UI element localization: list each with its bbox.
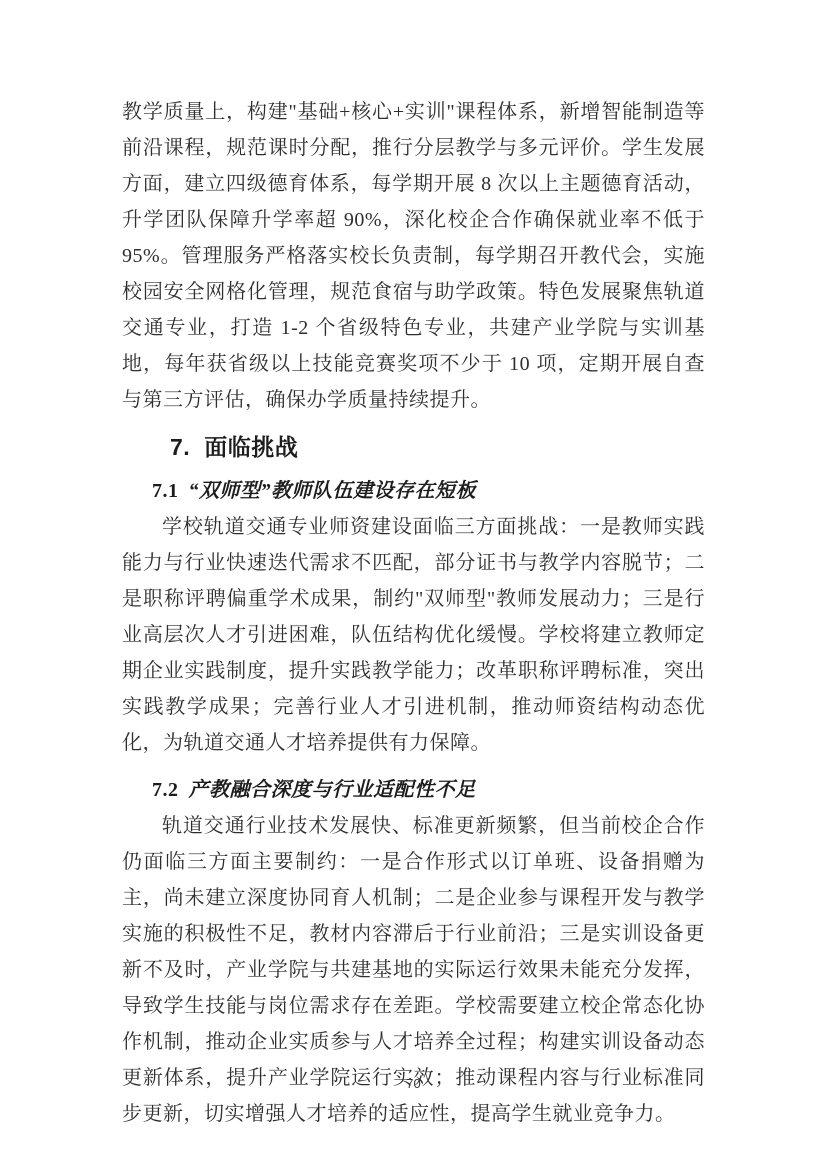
subsection-number: 7.1	[152, 480, 179, 502]
section-heading: 7.面临挑战	[170, 432, 705, 462]
subsection-title: “双师型”教师队伍建设存在短板	[189, 477, 477, 505]
intro-paragraph: 教学质量上，构建"基础+核心+实训"课程体系，新增智能制造等前沿课程，规范课时分…	[122, 94, 705, 418]
section-title: 面临挑战	[204, 434, 298, 460]
section-number: 7.	[170, 434, 190, 460]
page-number: 70	[0, 1076, 827, 1091]
document-content: 教学质量上，构建"基础+核心+实训"课程体系，新增智能制造等前沿课程，规范课时分…	[122, 94, 705, 1132]
document-page: 教学质量上，构建"基础+核心+实训"课程体系，新增智能制造等前沿课程，规范课时分…	[0, 0, 827, 1169]
subsection-heading-7-2: 7.2产教融合深度与行业适配性不足	[152, 776, 705, 804]
subsection-title: 产教融合深度与行业适配性不足	[189, 776, 476, 804]
subsection-number: 7.2	[152, 779, 179, 801]
subsection-paragraph-7-1: 学校轨道交通专业师资建设面临三方面挑战：一是教师实践能力与行业快速迭代需求不匹配…	[122, 509, 705, 761]
subsection-heading-7-1: 7.1“双师型”教师队伍建设存在短板	[152, 477, 705, 505]
